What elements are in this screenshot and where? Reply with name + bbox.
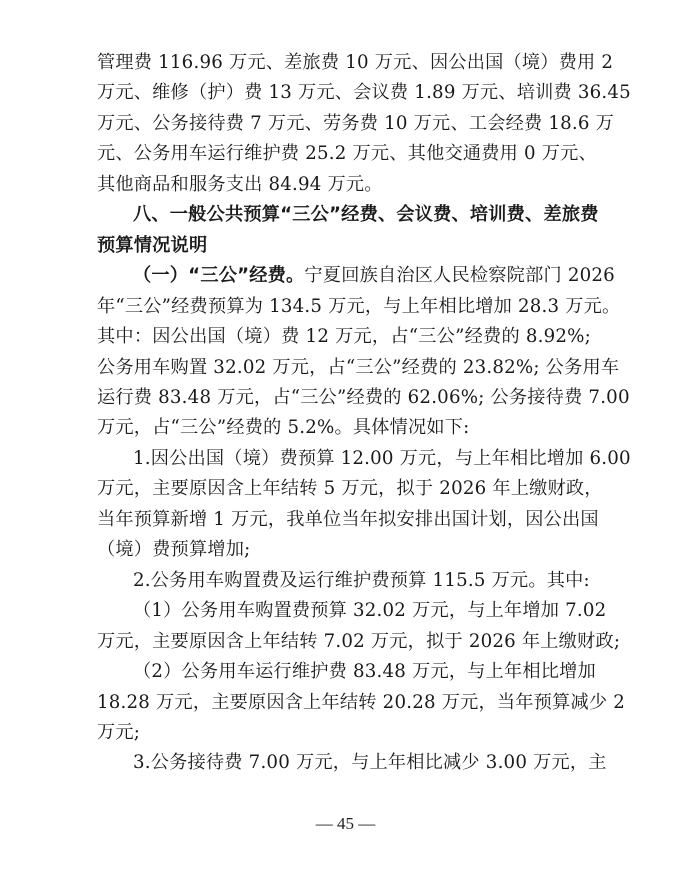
text-line: 万元、维修（护）费 13 万元、会议费 1.89 万元、培训费 36.45 <box>97 78 591 108</box>
text-line: 公务用车购置 32.02 万元，占“三公”经费的 23.82%; 公务用车 <box>97 353 591 383</box>
text-line: （1）公务用车购置费预算 32.02 万元，与上年增加 7.02 <box>97 596 591 626</box>
text-line: 年“三公”经费预算为 134.5 万元，与上年相比增加 28.3 万元。 <box>97 292 591 322</box>
document-page: 管理费 116.96 万元、差旅费 10 万元、因公出国（境）费用 2 万元、维… <box>0 0 691 896</box>
section-heading-8: 八、一般公共预算“三公”经费、会议费、培训费、差旅费 预算情况说明 <box>97 200 591 261</box>
text-line: 元、公务用车运行维护费 25.2 万元、其他交通费用 0 万元、 <box>97 139 591 169</box>
paragraph-item-3-reception: 3.公务接待费 7.00 万元，与上年相比减少 3.00 万元，主 <box>97 748 591 778</box>
text-line: 万元、公务接待费 7 万元、劳务费 10 万元、工会经费 18.6 万 <box>97 109 591 139</box>
paragraph-sangong-overview: （一）“三公”经费。宁夏回族自治区人民检察院部门 2026 年“三公”经费预算为… <box>97 261 591 444</box>
page-number: — 45 — <box>0 814 691 834</box>
text-line: 1.因公出国（境）费预算 12.00 万元，与上年相比增加 6.00 <box>97 444 591 474</box>
text-line: 万元，主要原因含上年结转 5 万元，拟于 2026 年上缴财政， <box>97 474 591 504</box>
text-line: （境）费预算增加; <box>97 535 591 565</box>
text-line: 运行费 83.48 万元，占“三公”经费的 62.06%; 公务接待费 7.00 <box>97 383 591 413</box>
text-line: 2.公务用车购置费及运行维护费预算 115.5 万元。其中: <box>97 566 591 596</box>
paragraph-item-2-1-vehicle-purchase: （1）公务用车购置费预算 32.02 万元，与上年增加 7.02 万元，主要原因… <box>97 596 591 657</box>
text-line: 万元，占“三公”经费的 5.2%。具体情况如下: <box>97 413 591 443</box>
subheading-sangong: （一）“三公”经费。 <box>133 265 304 286</box>
text-line: 其他商品和服务支出 84.94 万元。 <box>97 170 591 200</box>
document-body: 管理费 116.96 万元、差旅费 10 万元、因公出国（境）费用 2 万元、维… <box>97 48 591 779</box>
text-line: 当年预算新增 1 万元，我单位当年拟安排出国计划，因公出国 <box>97 505 591 535</box>
text-line: 其中：因公出国（境）费 12 万元，占“三公”经费的 8.92%; <box>97 322 591 352</box>
text-line: 管理费 116.96 万元、差旅费 10 万元、因公出国（境）费用 2 <box>97 48 591 78</box>
paragraph-item-2-vehicles: 2.公务用车购置费及运行维护费预算 115.5 万元。其中: <box>97 566 591 596</box>
text-run: 宁夏回族自治区人民检察院部门 2026 <box>304 265 615 286</box>
heading-line: 八、一般公共预算“三公”经费、会议费、培训费、差旅费 <box>97 200 591 230</box>
paragraph-item-1-overseas: 1.因公出国（境）费预算 12.00 万元，与上年相比增加 6.00 万元，主要… <box>97 444 591 566</box>
paragraph-expense-breakdown: 管理费 116.96 万元、差旅费 10 万元、因公出国（境）费用 2 万元、维… <box>97 48 591 200</box>
text-line: 3.公务接待费 7.00 万元，与上年相比减少 3.00 万元，主 <box>97 748 591 778</box>
text-line: （一）“三公”经费。宁夏回族自治区人民检察院部门 2026 <box>97 261 591 291</box>
paragraph-item-2-2-vehicle-maintenance: （2）公务用车运行维护费 83.48 万元，与上年相比增加 18.28 万元，主… <box>97 657 591 748</box>
text-line: 万元; <box>97 718 591 748</box>
heading-line: 预算情况说明 <box>97 231 591 261</box>
text-line: 18.28 万元，主要原因含上年结转 20.28 万元，当年预算减少 2 <box>97 688 591 718</box>
text-line: （2）公务用车运行维护费 83.48 万元，与上年相比增加 <box>97 657 591 687</box>
text-line: 万元，主要原因含上年结转 7.02 万元，拟于 2026 年上缴财政; <box>97 627 591 657</box>
